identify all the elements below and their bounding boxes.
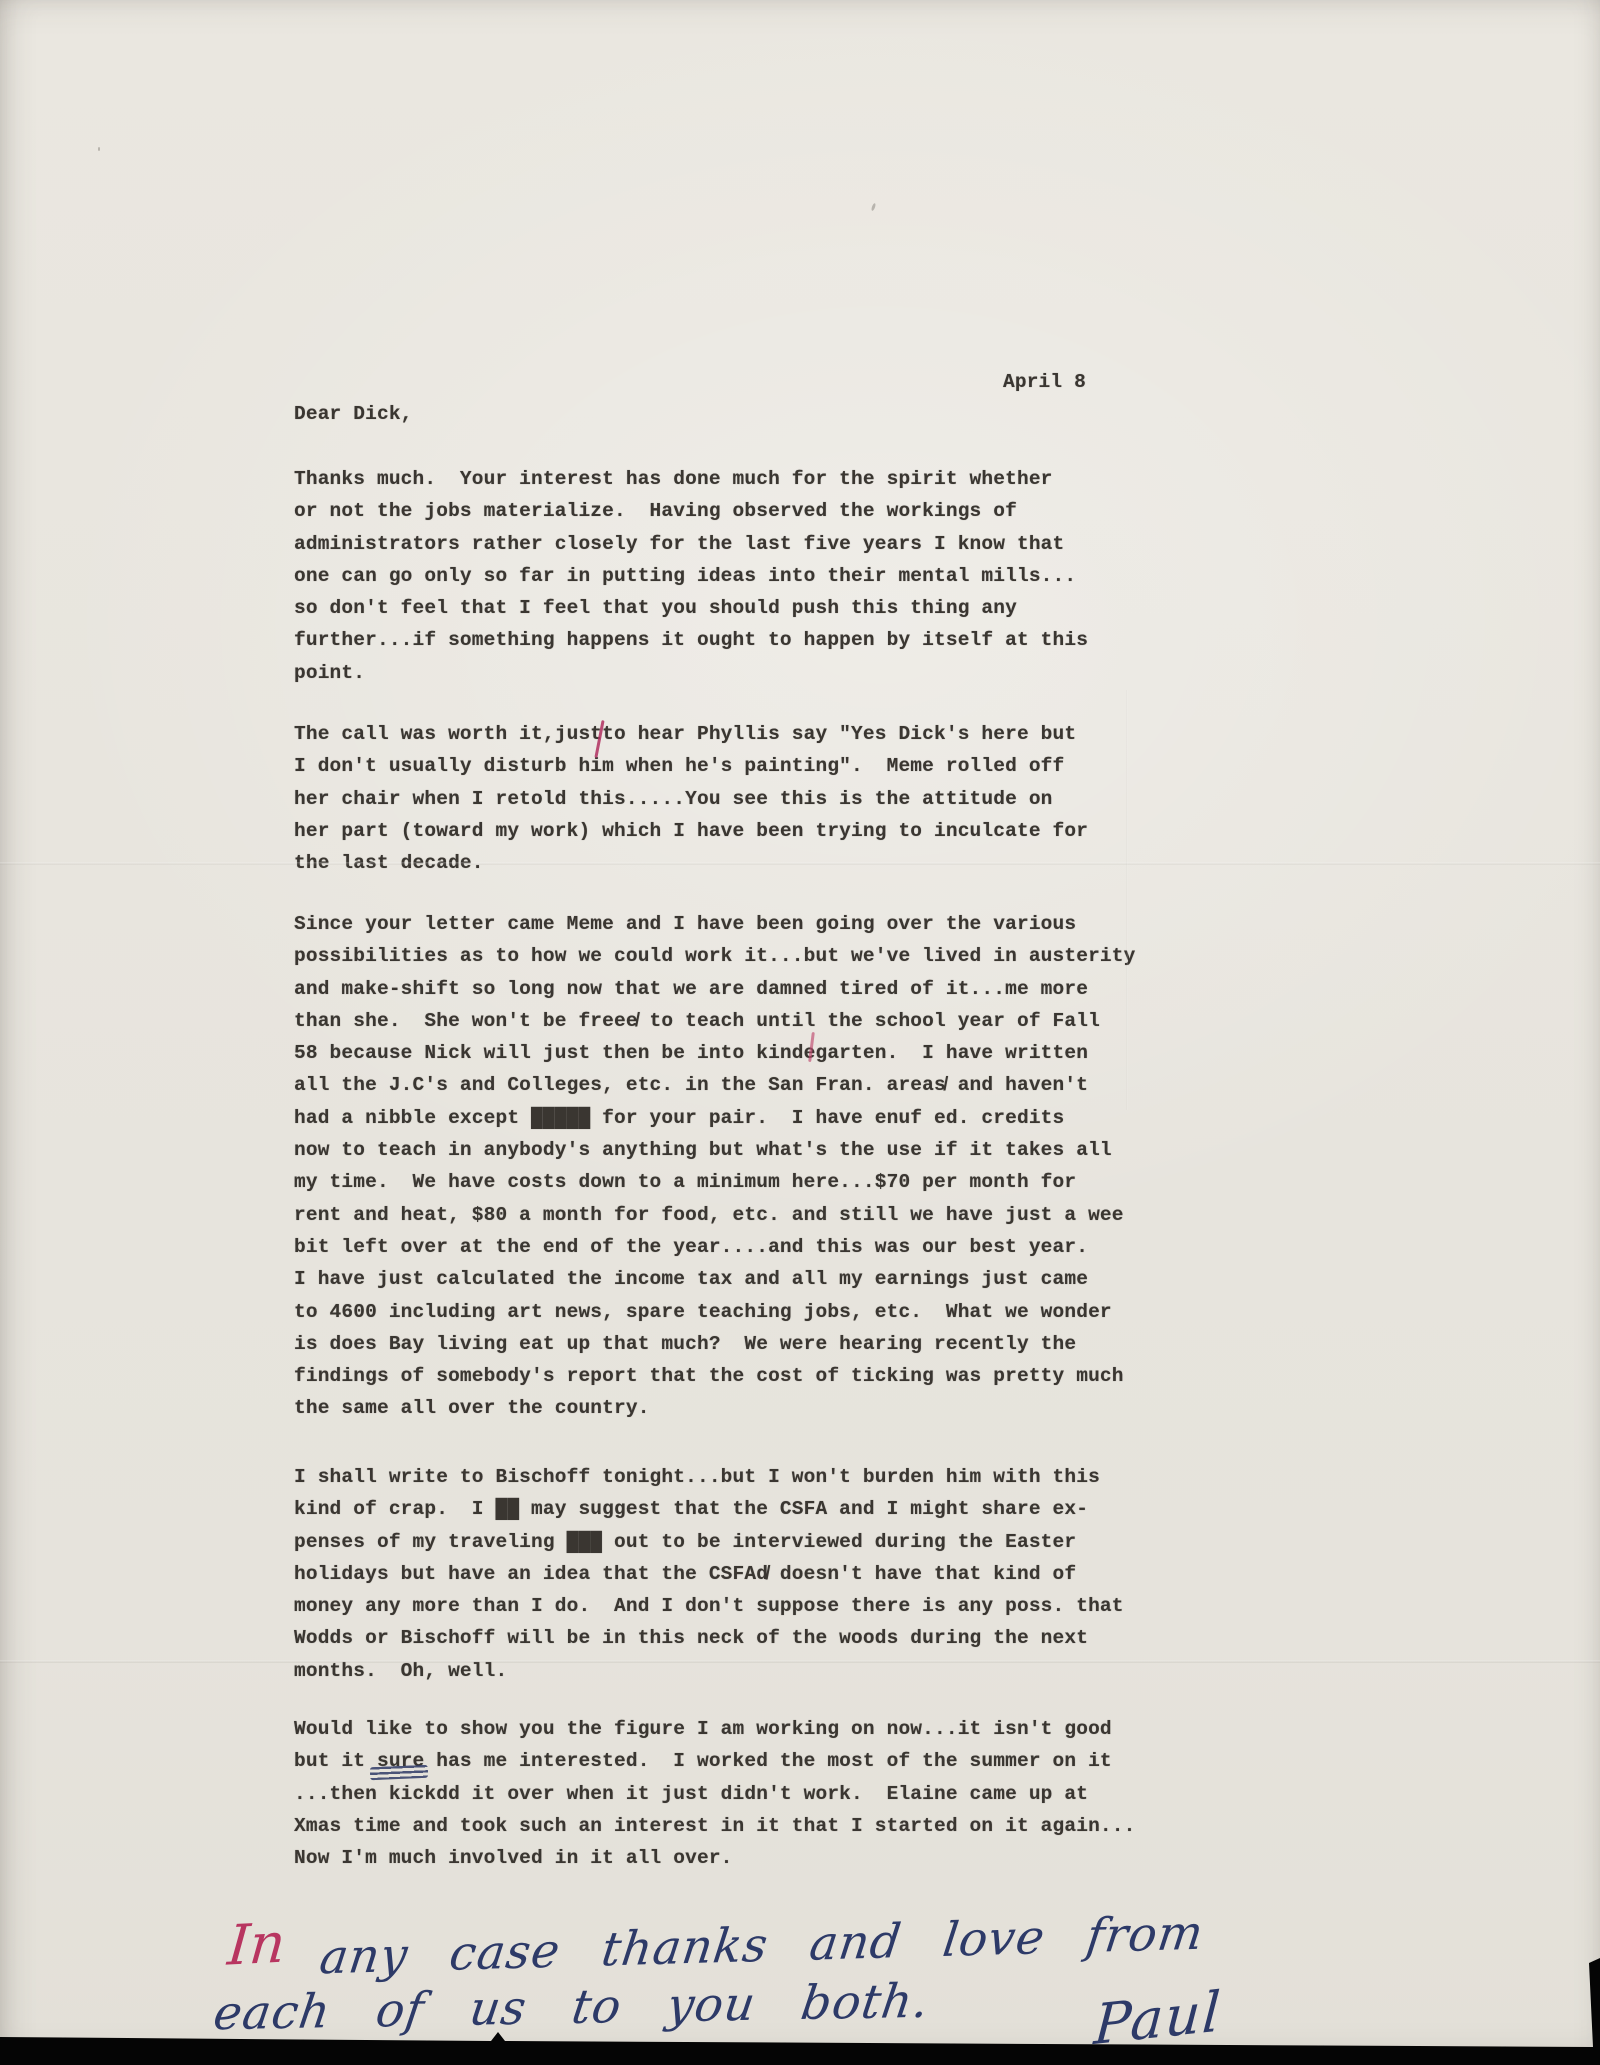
paragraph-3: Since your letter came Meme and I have b… [294,908,1136,1425]
handwritten-closing-line-1: any case thanks and love from [317,1906,1207,1986]
handwritten-word-in-red: In [225,1910,288,1977]
paragraph-4: I shall write to Bischoff tonight...but … [294,1461,1124,1687]
paragraph-2: The call was worth it,justto hear Phylli… [294,718,1088,879]
handwritten-closing-line-2: each of us to you both. [210,1974,933,2042]
signature: Paul [1092,1979,1224,2057]
salutation: Dear Dick, [294,398,413,430]
paper-speck [871,203,877,212]
letter-date: April 8 [1003,366,1086,398]
letter-paper: April 8 Dear Dick, Thanks much. Your int… [0,0,1600,2065]
paragraph-5: Would like to show you the figure I am w… [294,1713,1136,1874]
paper-speck [98,147,100,151]
paragraph-1: Thanks much. Your interest has done much… [294,463,1088,689]
